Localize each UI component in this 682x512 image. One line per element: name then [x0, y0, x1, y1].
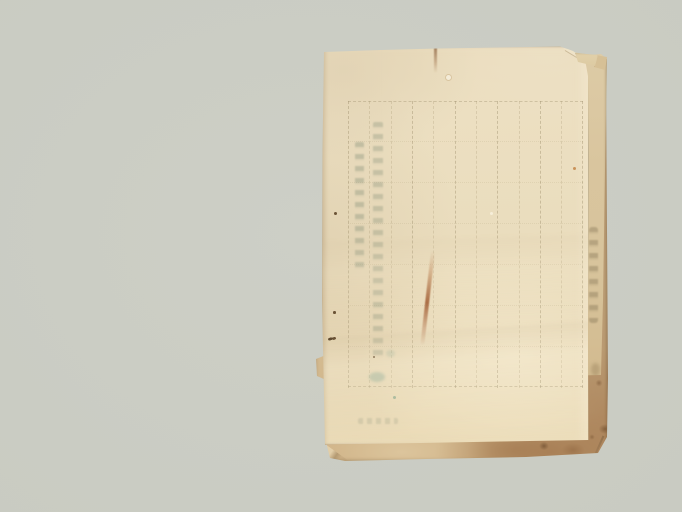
archival-photo	[0, 0, 682, 512]
foxing-speck	[373, 356, 375, 358]
horizontal-rule-top	[348, 101, 583, 102]
light-speck	[490, 212, 493, 215]
horizontal-rule	[348, 223, 583, 224]
top-sheet	[322, 46, 589, 445]
foxing-speck	[334, 212, 337, 215]
backing-sheet-smudge	[591, 363, 600, 376]
top-edge-stain	[434, 47, 437, 73]
white-speck	[446, 75, 451, 80]
backing-sheet-bleedthrough-marks	[589, 227, 598, 323]
bottom-left-fold-crease	[327, 444, 348, 461]
horizontal-rule	[348, 141, 583, 142]
tonal-band-lower	[311, 320, 617, 448]
horizontal-rule	[348, 182, 583, 183]
foxing-speck	[333, 311, 336, 314]
bottom-right-bevel-edge	[594, 436, 605, 457]
orange-speck	[573, 167, 576, 170]
